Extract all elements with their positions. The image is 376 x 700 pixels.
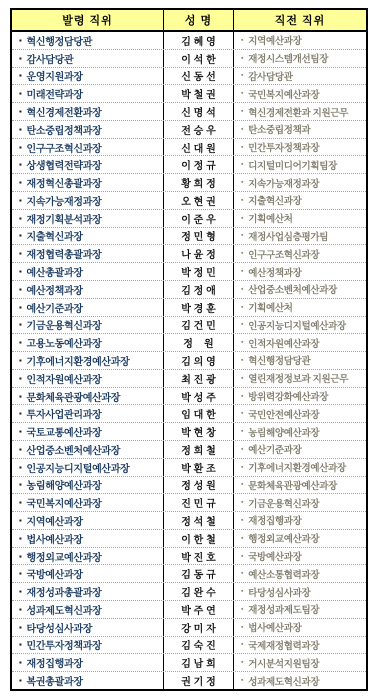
- appointed-position-text: 지속가능재정과장: [27, 193, 102, 208]
- square-bullet-icon: ▪: [19, 605, 22, 614]
- appointed-position-text: 문화체육관광예산과장: [27, 389, 121, 404]
- previous-position-text: 지출혁신과장: [248, 193, 301, 207]
- previous-position-cell: ▪ 인구구조혁신과장: [234, 245, 366, 262]
- square-bullet-icon: ▪: [241, 624, 243, 631]
- table-header-row: 발령 직위 성 명 직전 직위: [12, 10, 366, 32]
- square-bullet-icon: ▪: [19, 392, 22, 401]
- previous-position-cell: ▪ 혁신행정담당관: [234, 352, 366, 369]
- square-bullet-icon: ▪: [241, 197, 243, 204]
- previous-position-text: 성과제도혁신과장: [248, 674, 319, 688]
- previous-position-cell: ▪ 예산기준과장: [234, 441, 366, 458]
- name-text: 임 대 한: [181, 406, 216, 421]
- table-row: ▪ 재정기획분석과장 이 준 우 ▪ 기획예산처: [12, 210, 366, 228]
- table-row: ▪ 예산총괄과장 박 정 민 ▪ 예산정책과장: [12, 263, 366, 281]
- square-bullet-icon: ▪: [241, 339, 243, 346]
- previous-position-cell: ▪ 방위력강화예산과장: [234, 388, 366, 405]
- previous-position-cell: ▪ 산업중소벤처예산과장: [234, 281, 366, 298]
- name-text: 김 혜 영: [181, 33, 216, 48]
- previous-position-text: 국민복지예산과장: [248, 87, 319, 101]
- square-bullet-icon: ▪: [241, 232, 243, 239]
- previous-position-cell: ▪ 법사예산과장: [234, 619, 366, 636]
- square-bullet-icon: ▪: [241, 659, 243, 666]
- table-row: ▪ 기후에너지환경예산과장 김 의 영 ▪ 혁신행정담당관: [12, 352, 366, 370]
- table-row: ▪ 고용노동예산과장 정 원 ▪ 인적자원예산과장: [12, 334, 366, 352]
- table-row: ▪ 혁신경제전환과장 신 명 석 ▪ 혁신경제전환과 지원근무: [12, 103, 366, 121]
- name-cell: 이 석 한: [164, 50, 234, 67]
- previous-position-text: 재정집행과장: [248, 513, 301, 527]
- table-row: ▪ 혁신행정담당관 김 혜 영 ▪ 지역예산과장: [12, 32, 366, 50]
- appointed-position-text: 국토교통예산과장: [27, 424, 102, 439]
- square-bullet-icon: ▪: [241, 410, 243, 417]
- name-cell: 김 동 규: [164, 565, 234, 582]
- name-cell: 오 현 권: [164, 192, 234, 209]
- square-bullet-icon: ▪: [19, 640, 22, 649]
- table-row: ▪ 미래전략과장 박 철 권 ▪ 국민복지예산과장: [12, 85, 366, 103]
- name-cell: 진 민 규: [164, 494, 234, 511]
- name-text: 진 민 규: [181, 495, 216, 510]
- appointed-position-text: 지역예산과장: [27, 513, 83, 528]
- name-cell: 임 대 한: [164, 405, 234, 422]
- square-bullet-icon: ▪: [19, 196, 22, 205]
- square-bullet-icon: ▪: [19, 516, 22, 525]
- name-text: 김 정 애: [181, 282, 216, 297]
- previous-position-cell: ▪ 농림해양예산과장: [234, 423, 366, 440]
- appointed-position-cell: ▪ 예산기준과장: [12, 299, 164, 316]
- previous-position-text: 기금운용혁신과장: [248, 496, 319, 510]
- name-cell: 정 원: [164, 334, 234, 351]
- name-text: 이 한 철: [181, 531, 216, 546]
- name-text: 박 환 조: [181, 460, 216, 475]
- name-text: 김 숙 진: [181, 637, 216, 652]
- square-bullet-icon: ▪: [241, 286, 243, 293]
- appointed-position-cell: ▪ 국방예산과장: [12, 565, 164, 582]
- previous-position-cell: ▪ 디지털미디어기획팀장: [234, 156, 366, 173]
- appointed-position-text: 복권총괄과장: [27, 673, 83, 688]
- appointed-position-text: 인공지능디지털예산과장: [27, 460, 130, 475]
- square-bullet-icon: ▪: [19, 320, 22, 329]
- appointed-position-cell: ▪ 인구구조혁신과장: [12, 139, 164, 156]
- name-text: 권 기 정: [181, 673, 216, 688]
- previous-position-text: 법사예산과장: [248, 620, 301, 634]
- square-bullet-icon: ▪: [19, 71, 22, 80]
- appointed-position-cell: ▪ 인공지능디지털예산과장: [12, 459, 164, 476]
- name-cell: 신 명 석: [164, 103, 234, 120]
- appointed-position-cell: ▪ 지속가능재정과장: [12, 192, 164, 209]
- name-text: 김 동 규: [181, 566, 216, 581]
- name-cell: 박 현 창: [164, 423, 234, 440]
- previous-position-text: 재정시스템개선팀장: [248, 51, 328, 65]
- previous-position-text: 디지털미디어기획팀장: [248, 158, 337, 172]
- appointed-position-cell: ▪ 기후에너지환경예산과장: [12, 352, 164, 369]
- appointed-position-cell: ▪ 기금운용혁신과장: [12, 317, 164, 334]
- name-text: 이 정 규: [181, 157, 216, 172]
- name-cell: 이 정 규: [164, 156, 234, 173]
- appointed-position-text: 민간투자정책과장: [27, 637, 102, 652]
- previous-position-text: 타당성심사과장: [248, 585, 310, 599]
- appointed-position-text: 혁신행정담당관: [27, 33, 93, 48]
- appointed-position-cell: ▪ 산업중소벤처예산과장: [12, 441, 164, 458]
- appointed-position-text: 상생협력전략과장: [27, 157, 102, 172]
- square-bullet-icon: ▪: [19, 463, 22, 472]
- table-row: ▪ 예산기준과장 박 경 훈 ▪ 기획예산처: [12, 299, 366, 317]
- table-row: ▪ 지출혁신과장 정 민 형 ▪ 재정사업심층평가팀: [12, 228, 366, 246]
- appointed-position-text: 예산총괄과장: [27, 264, 83, 279]
- name-text: 김 의 영: [181, 353, 216, 368]
- square-bullet-icon: ▪: [19, 107, 22, 116]
- previous-position-cell: ▪ 감사담당관: [234, 68, 366, 85]
- appointed-position-cell: ▪ 상생협력전략과장: [12, 156, 164, 173]
- name-text: 전 승 우: [181, 122, 216, 137]
- previous-position-text: 감사담당관: [248, 69, 292, 83]
- square-bullet-icon: ▪: [241, 144, 243, 151]
- previous-position-cell: ▪ 재정사업심층평가팀: [234, 228, 366, 245]
- previous-position-text: 인적자원예산과장: [248, 336, 319, 350]
- previous-position-cell: ▪ 기금운용혁신과장: [234, 494, 366, 511]
- previous-position-text: 방위력강화예산과장: [248, 389, 328, 403]
- appointed-position-text: 지출혁신과장: [27, 228, 83, 243]
- appointed-position-text: 법사예산과장: [27, 531, 83, 546]
- name-text: 박 주 연: [181, 602, 216, 617]
- square-bullet-icon: ▪: [19, 480, 22, 489]
- square-bullet-icon: ▪: [19, 676, 22, 685]
- previous-position-cell: ▪ 문화체육관광예산과장: [234, 477, 366, 494]
- previous-position-cell: ▪ 거시분석지원팀장: [234, 654, 366, 671]
- table-row: ▪ 타당성심사과장 강 미 자 ▪ 법사예산과장: [12, 619, 366, 637]
- appointed-position-cell: ▪ 인적자원예산과장: [12, 370, 164, 387]
- name-text: 박 진 호: [181, 549, 216, 564]
- name-cell: 박 철 권: [164, 85, 234, 102]
- square-bullet-icon: ▪: [19, 427, 22, 436]
- previous-position-cell: ▪ 재정성과제도팀장: [234, 601, 366, 618]
- previous-position-text: 인구구조혁신과장: [248, 247, 319, 261]
- name-text: 신 대 원: [181, 140, 216, 155]
- appointed-position-cell: ▪ 재정혁신총괄과장: [12, 174, 164, 191]
- name-text: 이 석 한: [181, 51, 216, 66]
- name-text: 박 현 창: [181, 424, 216, 439]
- table-row: ▪ 지속가능재정과장 오 현 권 ▪ 지출혁신과장: [12, 192, 366, 210]
- header-name: 성 명: [164, 10, 234, 30]
- appointed-position-cell: ▪ 농림해양예산과장: [12, 477, 164, 494]
- table-row: ▪ 재정집행과장 김 남 희 ▪ 거시분석지원팀장: [12, 654, 366, 672]
- square-bullet-icon: ▪: [241, 161, 243, 168]
- name-cell: 김 남 희: [164, 654, 234, 671]
- square-bullet-icon: ▪: [19, 231, 22, 240]
- previous-position-cell: ▪ 예산정책과장: [234, 263, 366, 280]
- appointed-position-cell: ▪ 문화체육관광예산과장: [12, 388, 164, 405]
- appointed-position-cell: ▪ 혁신경제전환과장: [12, 103, 164, 120]
- appointed-position-cell: ▪ 성과제도혁신과장: [12, 601, 164, 618]
- square-bullet-icon: ▪: [241, 304, 243, 311]
- square-bullet-icon: ▪: [19, 160, 22, 169]
- name-cell: 이 준 우: [164, 210, 234, 227]
- previous-position-cell: ▪ 재정시스템개선팀장: [234, 50, 366, 67]
- appointed-position-text: 예산정책과장: [27, 282, 83, 297]
- previous-position-cell: ▪ 지출혁신과장: [234, 192, 366, 209]
- table-body: ▪ 혁신행정담당관 김 혜 영 ▪ 지역예산과장 ▪ 감사담당관 이 석 한 ▪…: [12, 32, 366, 689]
- appointed-position-text: 감사담당관: [27, 51, 74, 66]
- appointed-position-text: 혁신경제전환과장: [27, 104, 102, 119]
- name-cell: 정 석 철: [164, 512, 234, 529]
- appointed-position-cell: ▪ 국민복지예산과장: [12, 494, 164, 511]
- appointed-position-cell: ▪ 재정협력총괄과장: [12, 245, 164, 262]
- previous-position-text: 문화체육관광예산과장: [248, 478, 337, 492]
- appointed-position-cell: ▪ 국토교통예산과장: [12, 423, 164, 440]
- table-row: ▪ 복권총괄과장 권 기 정 ▪ 성과제도혁신과장: [12, 672, 366, 689]
- square-bullet-icon: ▪: [241, 588, 243, 595]
- square-bullet-icon: ▪: [241, 72, 243, 79]
- previous-position-cell: ▪ 열린재정정보과 지원근무: [234, 370, 366, 387]
- previous-position-text: 산업중소벤처예산과장: [248, 282, 337, 296]
- square-bullet-icon: ▪: [19, 338, 22, 347]
- previous-position-cell: ▪ 타당성심사과장: [234, 583, 366, 600]
- square-bullet-icon: ▪: [241, 375, 243, 382]
- appointed-position-text: 농림해양예산과장: [27, 477, 102, 492]
- name-cell: 김 혜 영: [164, 32, 234, 49]
- name-text: 신 동 선: [181, 68, 216, 83]
- name-cell: 김 건 민: [164, 317, 234, 334]
- header-previous-position: 직전 직위: [234, 10, 366, 30]
- name-cell: 신 동 선: [164, 68, 234, 85]
- table-row: ▪ 농림해양예산과장 정 성 원 ▪ 문화체육관광예산과장: [12, 477, 366, 495]
- name-text: 김 건 민: [181, 317, 216, 332]
- name-text: 신 명 석: [181, 104, 216, 119]
- name-text: 나 윤 정: [181, 246, 216, 261]
- table-row: ▪ 예산정책과장 김 정 애 ▪ 산업중소벤처예산과장: [12, 281, 366, 299]
- appointed-position-text: 기금운용혁신과장: [27, 317, 102, 332]
- table-row: ▪ 성과제도혁신과장 박 주 연 ▪ 재정성과제도팀장: [12, 601, 366, 619]
- name-text: 정 희 철: [181, 442, 216, 457]
- appointed-position-cell: ▪ 운영지원과장: [12, 68, 164, 85]
- table-row: ▪ 탄소중립정책과장 전 승 우 ▪ 탄소중립정책과: [12, 121, 366, 139]
- previous-position-text: 국제재정협력과장: [248, 638, 319, 652]
- previous-position-text: 행정외교예산과장: [248, 531, 319, 545]
- square-bullet-icon: ▪: [241, 55, 243, 62]
- name-text: 최 진 광: [181, 371, 216, 386]
- table-row: ▪ 기금운용혁신과장 김 건 민 ▪ 인공지능디지털예산과장: [12, 317, 366, 335]
- table-row: ▪ 재정성과총괄과장 김 완 수 ▪ 타당성심사과장: [12, 583, 366, 601]
- appointed-position-text: 국민복지예산과장: [27, 495, 102, 510]
- previous-position-text: 기후에너지환경예산과장: [248, 460, 346, 474]
- square-bullet-icon: ▪: [19, 54, 22, 63]
- name-text: 황 희 정: [181, 175, 216, 190]
- square-bullet-icon: ▪: [241, 250, 243, 257]
- appointed-position-cell: ▪ 재정기획분석과장: [12, 210, 164, 227]
- appointed-position-cell: ▪ 타당성심사과장: [12, 619, 164, 636]
- square-bullet-icon: ▪: [241, 535, 243, 542]
- name-cell: 박 정 민: [164, 263, 234, 280]
- table-row: ▪ 국토교통예산과장 박 현 창 ▪ 농림해양예산과장: [12, 423, 366, 441]
- appointed-position-text: 국방예산과장: [27, 566, 83, 581]
- appointment-table: 발령 직위 성 명 직전 직위 ▪ 혁신행정담당관 김 혜 영 ▪ 지역예산과장…: [10, 8, 368, 691]
- table-row: ▪ 산업중소벤처예산과장 정 희 철 ▪ 예산기준과장: [12, 441, 366, 459]
- name-cell: 김 완 수: [164, 583, 234, 600]
- name-text: 박 철 권: [181, 86, 216, 101]
- name-text: 정 석 철: [181, 513, 216, 528]
- square-bullet-icon: ▪: [241, 126, 243, 133]
- square-bullet-icon: ▪: [241, 641, 243, 648]
- appointed-position-text: 고용노동예산과장: [27, 335, 102, 350]
- appointed-position-text: 투자사업관리과장: [27, 406, 102, 421]
- name-text: 박 성 주: [181, 389, 216, 404]
- square-bullet-icon: ▪: [241, 517, 243, 524]
- appointed-position-cell: ▪ 예산총괄과장: [12, 263, 164, 280]
- name-cell: 전 승 우: [164, 121, 234, 138]
- square-bullet-icon: ▪: [241, 570, 243, 577]
- table-row: ▪ 국민복지예산과장 진 민 규 ▪ 기금운용혁신과장: [12, 494, 366, 512]
- appointed-position-cell: ▪ 지출혁신과장: [12, 228, 164, 245]
- table-row: ▪ 문화체육관광예산과장 박 성 주 ▪ 방위력강화예산과장: [12, 388, 366, 406]
- previous-position-text: 국방예산과장: [248, 549, 301, 563]
- appointed-position-cell: ▪ 혁신행정담당관: [12, 32, 164, 49]
- appointed-position-text: 예산기준과장: [27, 300, 83, 315]
- previous-position-cell: ▪ 탄소중립정책과: [234, 121, 366, 138]
- previous-position-text: 지속가능재정과장: [248, 176, 319, 190]
- appointed-position-text: 산업중소벤처예산과장: [27, 442, 121, 457]
- name-cell: 강 미 자: [164, 619, 234, 636]
- square-bullet-icon: ▪: [241, 268, 243, 275]
- name-cell: 정 민 형: [164, 228, 234, 245]
- appointed-position-cell: ▪ 재정집행과장: [12, 654, 164, 671]
- name-text: 강 미 자: [181, 620, 216, 635]
- table-row: ▪ 재정혁신총괄과장 황 희 정 ▪ 지속가능재정과장: [12, 174, 366, 192]
- appointed-position-cell: ▪ 지역예산과장: [12, 512, 164, 529]
- square-bullet-icon: ▪: [19, 36, 22, 45]
- name-text: 정 성 원: [181, 477, 216, 492]
- previous-position-cell: ▪ 인적자원예산과장: [234, 334, 366, 351]
- name-cell: 박 주 연: [164, 601, 234, 618]
- table-row: ▪ 민간투자정책과장 김 숙 진 ▪ 국제재정협력과장: [12, 637, 366, 655]
- appointed-position-text: 재정집행과장: [27, 655, 83, 670]
- header-appointed-position: 발령 직위: [12, 10, 164, 30]
- previous-position-cell: ▪ 기획예산처: [234, 299, 366, 316]
- square-bullet-icon: ▪: [241, 179, 243, 186]
- name-cell: 나 윤 정: [164, 245, 234, 262]
- square-bullet-icon: ▪: [19, 249, 22, 258]
- square-bullet-icon: ▪: [19, 303, 22, 312]
- appointed-position-text: 행정외교예산과장: [27, 549, 102, 564]
- table-row: ▪ 상생협력전략과장 이 정 규 ▪ 디지털미디어기획팀장: [12, 156, 366, 174]
- appointed-position-text: 탄소중립정책과장: [27, 122, 102, 137]
- appointed-position-text: 재정혁신총괄과장: [27, 175, 102, 190]
- square-bullet-icon: ▪: [19, 552, 22, 561]
- name-text: 오 현 권: [181, 193, 216, 208]
- table-row: ▪ 운영지원과장 신 동 선 ▪ 감사담당관: [12, 68, 366, 86]
- previous-position-cell: ▪ 국민복지예산과장: [234, 85, 366, 102]
- previous-position-cell: ▪ 지속가능재정과장: [234, 174, 366, 191]
- previous-position-cell: ▪ 인공지능디지털예산과장: [234, 317, 366, 334]
- name-text: 정 원: [183, 335, 213, 350]
- name-cell: 황 희 정: [164, 174, 234, 191]
- square-bullet-icon: ▪: [19, 356, 22, 365]
- name-cell: 김 숙 진: [164, 637, 234, 654]
- previous-position-text: 민간투자정책과장: [248, 140, 319, 154]
- table-row: ▪ 국방예산과장 김 동 규 ▪ 예산소통협력과장: [12, 565, 366, 583]
- previous-position-cell: ▪ 국민안전예산과장: [234, 405, 366, 422]
- appointed-position-cell: ▪ 법사예산과장: [12, 530, 164, 547]
- square-bullet-icon: ▪: [19, 623, 22, 632]
- previous-position-text: 재정성과제도팀장: [248, 602, 319, 616]
- square-bullet-icon: ▪: [241, 357, 243, 364]
- previous-position-text: 거시분석지원팀장: [248, 656, 319, 670]
- previous-position-cell: ▪ 국방예산과장: [234, 548, 366, 565]
- square-bullet-icon: ▪: [19, 214, 22, 223]
- previous-position-cell: ▪ 기후에너지환경예산과장: [234, 459, 366, 476]
- previous-position-text: 재정사업심층평가팀: [248, 229, 328, 243]
- appointed-position-text: 재정성과총괄과장: [27, 584, 102, 599]
- appointed-position-cell: ▪ 재정성과총괄과장: [12, 583, 164, 600]
- name-cell: 정 성 원: [164, 477, 234, 494]
- table-row: ▪ 인공지능디지털예산과장 박 환 조 ▪ 기후에너지환경예산과장: [12, 459, 366, 477]
- square-bullet-icon: ▪: [241, 499, 243, 506]
- previous-position-text: 혁신행정담당관: [248, 353, 310, 367]
- square-bullet-icon: ▪: [19, 658, 22, 667]
- previous-position-cell: ▪ 국제재정협력과장: [234, 637, 366, 654]
- square-bullet-icon: ▪: [241, 446, 243, 453]
- name-text: 김 완 수: [181, 584, 216, 599]
- name-text: 박 정 민: [181, 264, 216, 279]
- square-bullet-icon: ▪: [241, 464, 243, 471]
- square-bullet-icon: ▪: [241, 428, 243, 435]
- previous-position-text: 열린재정정보과 지원근무: [248, 371, 348, 385]
- square-bullet-icon: ▪: [19, 178, 22, 187]
- appointed-position-text: 미래전략과장: [27, 86, 83, 101]
- square-bullet-icon: ▪: [19, 498, 22, 507]
- square-bullet-icon: ▪: [19, 534, 22, 543]
- square-bullet-icon: ▪: [19, 409, 22, 418]
- square-bullet-icon: ▪: [19, 445, 22, 454]
- previous-position-text: 예산정책과장: [248, 265, 301, 279]
- previous-position-text: 탄소중립정책과: [248, 122, 310, 136]
- square-bullet-icon: ▪: [19, 587, 22, 596]
- name-cell: 김 정 애: [164, 281, 234, 298]
- previous-position-cell: ▪ 기획예산처: [234, 210, 366, 227]
- table-row: ▪ 감사담당관 이 석 한 ▪ 재정시스템개선팀장: [12, 50, 366, 68]
- previous-position-text: 기획예산처: [248, 300, 292, 314]
- square-bullet-icon: ▪: [241, 321, 243, 328]
- appointed-position-cell: ▪ 민간투자정책과장: [12, 637, 164, 654]
- appointed-position-cell: ▪ 고용노동예산과장: [12, 334, 164, 351]
- name-cell: 박 환 조: [164, 459, 234, 476]
- previous-position-cell: ▪ 재정집행과장: [234, 512, 366, 529]
- square-bullet-icon: ▪: [19, 125, 22, 134]
- previous-position-text: 농림해양예산과장: [248, 425, 319, 439]
- square-bullet-icon: ▪: [241, 393, 243, 400]
- square-bullet-icon: ▪: [241, 90, 243, 97]
- appointed-position-cell: ▪ 탄소중립정책과장: [12, 121, 164, 138]
- square-bullet-icon: ▪: [241, 215, 243, 222]
- name-cell: 신 대 원: [164, 139, 234, 156]
- table-row: ▪ 인적자원예산과장 최 진 광 ▪ 열린재정정보과 지원근무: [12, 370, 366, 388]
- appointed-position-text: 운영지원과장: [27, 68, 83, 83]
- previous-position-text: 예산기준과장: [248, 442, 301, 456]
- appointed-position-cell: ▪ 감사담당관: [12, 50, 164, 67]
- table-row: ▪ 재정협력총괄과장 나 윤 정 ▪ 인구구조혁신과장: [12, 245, 366, 263]
- appointed-position-text: 인적자원예산과장: [27, 371, 102, 386]
- table-row: ▪ 인구구조혁신과장 신 대 원 ▪ 민간투자정책과장: [12, 139, 366, 157]
- square-bullet-icon: ▪: [19, 285, 22, 294]
- previous-position-cell: ▪ 지역예산과장: [234, 32, 366, 49]
- previous-position-cell: ▪ 예산소통협력과장: [234, 565, 366, 582]
- previous-position-cell: ▪ 행정외교예산과장: [234, 530, 366, 547]
- appointed-position-text: 성과제도혁신과장: [27, 602, 102, 617]
- previous-position-text: 혁신경제전환과 지원근무: [248, 105, 348, 119]
- appointed-position-text: 타당성심사과장: [27, 620, 93, 635]
- name-cell: 김 의 영: [164, 352, 234, 369]
- appointed-position-text: 기후에너지환경예산과장: [27, 353, 130, 368]
- previous-position-text: 인공지능디지털예산과장: [248, 318, 346, 332]
- name-text: 김 남 희: [181, 655, 216, 670]
- appointed-position-cell: ▪ 예산정책과장: [12, 281, 164, 298]
